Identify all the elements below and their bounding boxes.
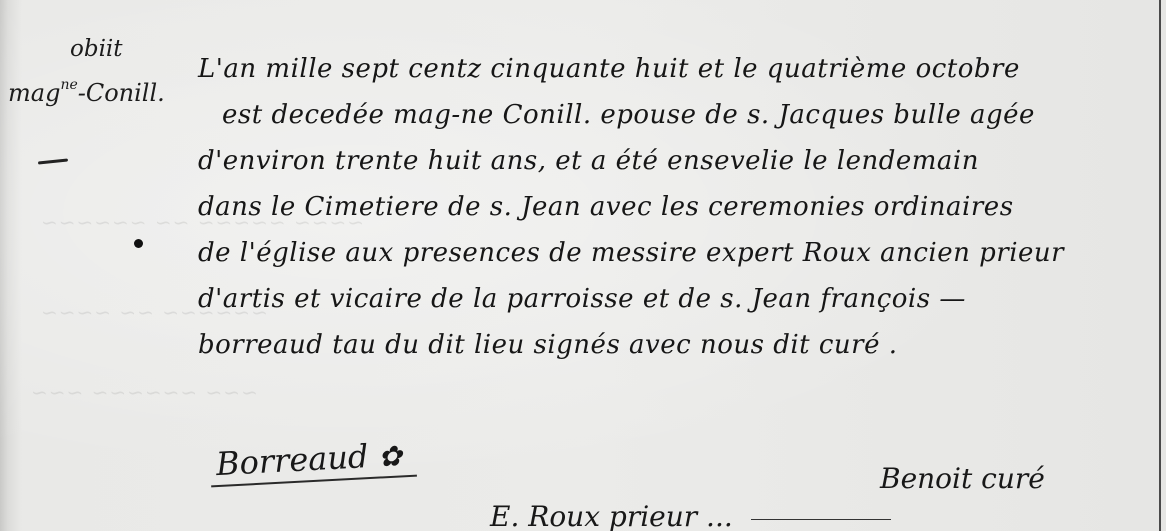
signature-borreaud-text: Borreaud xyxy=(215,437,369,483)
margin-dash-mark xyxy=(38,158,68,164)
page-edge-rule xyxy=(1159,0,1161,531)
entry-line-2: est decedée mag-ne Conill. epouse de s. … xyxy=(198,92,1158,138)
entry-line-3: d'environ trente huit ans, et a été ense… xyxy=(198,138,1158,184)
entry-text: L'an mille sept centz cinquante huit et … xyxy=(198,46,1158,368)
margin-deceased-name: magne-Conill. xyxy=(8,78,165,105)
bleed-through-text: ~~~ ~~~~~~ ~~~ xyxy=(30,380,258,404)
margin-name-superscript: ne xyxy=(60,77,77,93)
signature-borreaud: Borreaud✿ xyxy=(209,435,417,488)
entry-line-6: d'artis et vicaire de la parroisse et de… xyxy=(198,276,1158,322)
margin-name-prefix: mag xyxy=(8,79,60,107)
entry-line-1: L'an mille sept centz cinquante huit et … xyxy=(198,46,1158,92)
ink-dot-mark xyxy=(134,239,143,248)
signature-cure: Benoit curé xyxy=(880,462,1045,495)
signature-roux-text: E. Roux prieur ... xyxy=(490,500,733,531)
margin-obiit: obiit xyxy=(70,38,123,61)
entry-line-5: de l'église aux presences de messire exp… xyxy=(198,230,1158,276)
signature-underline xyxy=(751,519,891,520)
register-page: ~~~~ ~~~~~ ~~ ~~~~~~ ~~~~~~ ~~ ~~~~ ~~~ … xyxy=(0,0,1166,531)
margin-name-surname: Conill. xyxy=(86,79,165,107)
signature-roux: E. Roux prieur ... xyxy=(490,500,891,531)
entry-line-7: borreaud tau du dit lieu signés avec nou… xyxy=(198,322,1158,368)
entry-line-4: dans le Cimetiere de s. Jean avec les ce… xyxy=(198,184,1158,230)
signature-flourish-icon: ✿ xyxy=(378,439,403,473)
